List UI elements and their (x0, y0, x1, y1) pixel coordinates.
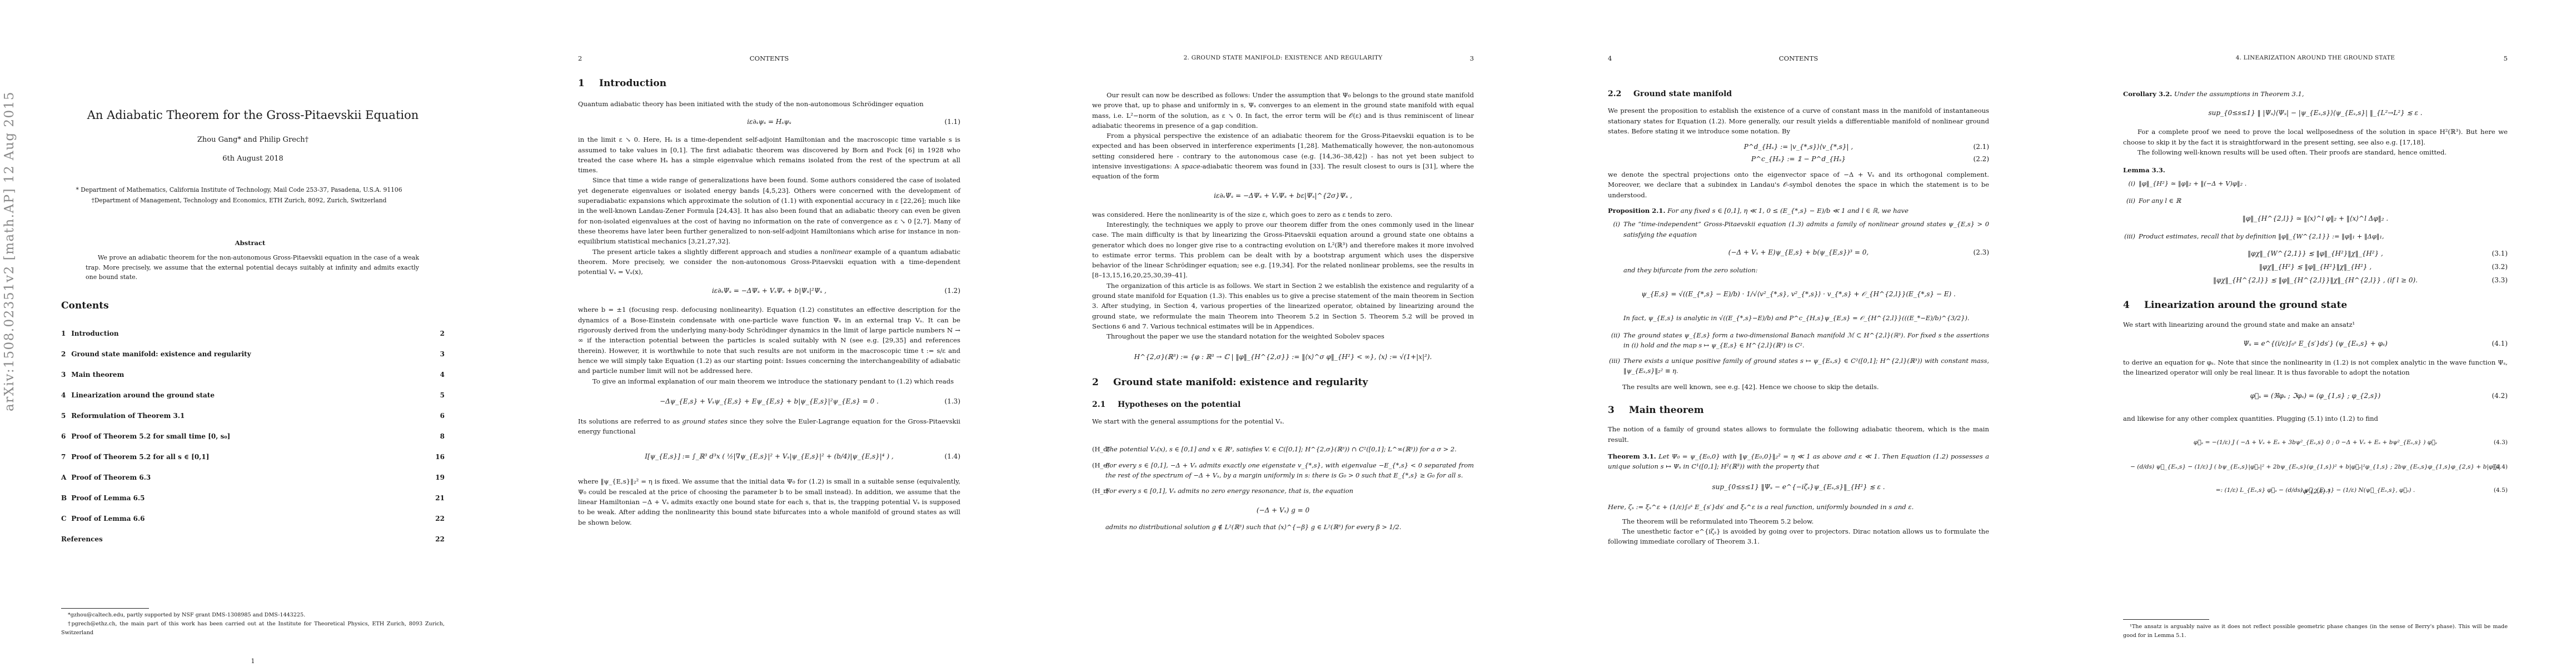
toc-page: 21 (435, 494, 445, 515)
analyticity-text: In fact, ψ_{E,s} is analytic in √((E_{*,… (1608, 313, 1989, 323)
corollary-text: Under the assumptions in Theorem 3.1, (2174, 90, 2304, 98)
page-body: 1Introduction Quantum adiabatic theory h… (578, 78, 960, 527)
equation-expr: (−Δ + Vₛ) g = 0 (1257, 506, 1309, 514)
hypothesis-hr: (H_r)For every s ∈ [0,1], Vₛ admits no z… (1092, 486, 1474, 496)
equation-expr: iε∂ₛΨₛ = −ΔΨₛ + VₛΨₛ + b|Ψₛ|²Ψₛ , (712, 287, 826, 295)
subsection-heading: 2.1Hypotheses on the potential (1092, 400, 1474, 410)
toc-page: 16 (435, 453, 445, 474)
header-page-number: 5 (2504, 54, 2508, 62)
hypothesis-he: (H_e)For every s ∈ [0,1], −Δ + Vₛ admits… (1092, 460, 1474, 481)
equation-label: (4.2) (2492, 385, 2508, 407)
contents-heading: Contents (61, 300, 109, 311)
equation-sobolev: H^{2,σ}(ℝ³) := {φ : ℝ³ → ℂ | ‖φ‖_{H^{2,σ… (1092, 347, 1474, 366)
proposition-text: For any fixed s ∈ [0,1], η ≪ 1, 0 ≤ (E_{… (1667, 207, 1909, 215)
item-tag: (ii) (2123, 196, 2139, 206)
equation-expr: ‖φ‖_{H^{2,l}} ≃ ‖⟨x⟩^l φ‖₂ + ‖⟨x⟩^l Δφ‖₂… (2243, 215, 2389, 222)
toc-num: B (61, 494, 69, 502)
toc-num: 5 (61, 412, 69, 420)
paragraph: and likewise for any other complex quant… (2123, 414, 2508, 424)
equation-expr: sup_{0≤s≤1} ‖ |Ψₛ⟩⟨Ψₛ| − |ψ_{Eₛ,s}⟩⟨ψ_{E… (2208, 109, 2422, 117)
page-5: 4. LINEARIZATION AROUND THE GROUND STATE… (2123, 0, 2508, 667)
section-title: Linearization around the ground state (2144, 300, 2347, 311)
toc-entry[interactable]: 7 Proof of Theorem 5.2 for all s ∈ [0,1]… (61, 453, 445, 474)
proposition-label: Proposition 2.1. (1608, 207, 1666, 215)
toc-label: Proof of Lemma 6.6 (71, 515, 145, 522)
paragraph: was considered. Here the nonlinearity is… (1092, 210, 1474, 220)
item-text: The ground states ψ_{E,s} form a two-dim… (1623, 330, 1989, 351)
toc-num: 7 (61, 453, 69, 461)
abstract-text: We prove an adiabatic theorem for the no… (86, 253, 419, 282)
toc-num: C (61, 515, 69, 522)
toc-page: 6 (440, 412, 445, 432)
proposition-item-iii: (iii)There exists a unique positive fami… (1608, 356, 1989, 376)
equation-3-1: ‖φχ‖_{W^{2,1}} ≲ ‖φ‖_{H²}‖χ‖_{H²} ,(3.1) (2123, 247, 2508, 260)
page-1: An Adiabatic Theorem for the Gross-Pitae… (61, 0, 445, 667)
equation-label: (1.1) (945, 112, 960, 131)
equation-2-1: P^d_{Hₛ} := |v_{*,s}⟩⟨v_{*,s}| ,(2.1) (1608, 141, 1989, 153)
product-estimates: ‖φχ‖_{W^{2,1}} ≲ ‖φ‖_{H²}‖χ‖_{H²} ,(3.1)… (2123, 247, 2508, 287)
hypotheses-list: (H_d)The potential Vₛ(x), s ∈ [0,1] and … (1092, 444, 1474, 531)
paragraph: We start with the general assumptions fo… (1092, 416, 1474, 426)
paragraph: Its solutions are referred to as ground … (578, 416, 960, 437)
equation-4-1: Ψₛ = e^{(i/ε)∫₀ˢ E_{s′}ds′} (ψ_{Eₛ,s} + … (2123, 334, 2508, 353)
page-body: 2.2Ground state manifold We present the … (1608, 89, 1989, 547)
affiliation-2: †Department of Management, Technology an… (17, 196, 461, 206)
equation-4-2: φ⃗ₛ = (ℜφₛ ; ℑφₛ) = (φ_{1,s} ; φ_{2,s})(… (2123, 385, 2508, 407)
equation-main-estimate: sup_{0≤s≤1} ‖Ψₛ − e^{−iζₛ}ψ_{Eₛ,s}‖_{H²}… (1608, 477, 1989, 496)
paragraph: We start with linearizing around the gro… (2123, 320, 2508, 330)
equation-4-3: φ⃗̇ₛ = −(1/ε) J ( −Δ + Vₛ + Eₛ + 3bψ²_{E… (2123, 430, 2508, 455)
running-header: 4. LINEARIZATION AROUND THE GROUND STATE… (2123, 54, 2508, 62)
section-title: Introduction (599, 78, 666, 89)
toc-label: Reformulation of Theorem 3.1 (71, 412, 185, 420)
emphasis: ground states (682, 417, 728, 425)
text: Its solutions are referred to as (578, 417, 682, 425)
section-heading: 4Linearization around the ground state (2123, 300, 2508, 310)
equation-expr: iε∂ₛΨₛ = −ΔΨₛ + VₛΨₛ + bε|Ψₛ|^{2σ}Ψₛ , (1214, 192, 1352, 200)
lemma-item-iii: (iii)Product estimates, recall that by d… (2123, 231, 2508, 241)
equation-4-5: =: (1/ε) L_{Eₛ,s} φ⃗ₛ − (d/ds) ψ⃗_{Eₛ,s}… (2123, 479, 2508, 501)
toc-label: Introduction (71, 330, 118, 337)
page-body: Corollary 3.2. Under the assumptions in … (2123, 89, 2508, 501)
paragraph: we denote the spectral projections onto … (1608, 170, 1989, 200)
equation-2-3: (−Δ + Vₛ + E)ψ_{E,s} + b(ψ_{E,s})³ = 0,(… (1608, 243, 1989, 262)
hypothesis-hd: (H_d)The potential Vₛ(x), s ∈ [0,1] and … (1092, 444, 1474, 454)
toc-label: Ground state manifold: existence and reg… (71, 350, 251, 358)
equation-bifurcation: ψ_{E,s} = √((E_{*,s} − E)/b) · 1/√⟨v²_{*… (1608, 282, 1989, 306)
equation-block-4-3-to-4-5: φ⃗̇ₛ = −(1/ε) J ( −Δ + Vₛ + Eₛ + 3bψ²_{E… (2123, 430, 2508, 501)
equation-label: (4.3) (2494, 430, 2508, 455)
toc-page: 22 (435, 535, 445, 556)
theorem-3-1: Theorem 3.1. Let Ψ₀ = ψ_{E₀,0} with ‖ψ_{… (1608, 451, 1989, 472)
toc-page: 8 (440, 432, 445, 453)
footnote-1: ¹The ansatz is arguably naive as it does… (2123, 623, 2508, 640)
section-number: 2 (1092, 377, 1113, 387)
hypothesis-text: For every s ∈ [0,1], Vₛ admits no zero e… (1105, 486, 1474, 496)
paragraph: Our result can now be described as follo… (1092, 90, 1474, 131)
footnote-2: †pgrech@ethz.ch, the main part of this w… (61, 620, 445, 638)
section-body: Quantum adiabatic theory has been initia… (578, 99, 960, 527)
subsection-heading: 2.2Ground state manifold (1608, 89, 1989, 99)
toc-entry[interactable]: 3 Main theorem4 (61, 371, 445, 391)
equation-expr: sup_{0≤s≤1} ‖Ψₛ − e^{−iζₛ}ψ_{Eₛ,s}‖_{H²}… (1712, 483, 1885, 491)
corollary-label: Corollary 3.2. (2123, 90, 2172, 98)
lemma-3-3-label: Lemma 3.3. (2123, 165, 2508, 175)
paper-date: 6th August 2018 (39, 155, 467, 163)
header-page-number: 3 (1470, 54, 1474, 62)
paragraph: The present article takes a slightly dif… (578, 247, 960, 277)
toc-page: 5 (440, 391, 445, 412)
toc-entry[interactable]: 2 Ground state manifold: existence and r… (61, 350, 445, 371)
toc-label: Proof of Theorem 6.3 (71, 474, 151, 481)
paragraph: where ‖ψ_{E,s}‖₂² = η is fixed. We assum… (578, 476, 960, 527)
item-tag: (i) (2123, 178, 2139, 188)
section-heading: 1Introduction (578, 78, 960, 89)
hypothesis-tag: (H_e) (1092, 460, 1105, 481)
section-number: 3 (1608, 405, 1629, 415)
page-body: Our result can now be described as follo… (1092, 90, 1474, 532)
equation-label: (2.2) (1974, 153, 1989, 165)
paragraph: The notion of a family of ground states … (1608, 424, 1989, 445)
paragraph: To give an informal explanation of our m… (578, 376, 960, 386)
paragraph: The unesthetic factor e^{iζₛ} is avoided… (1608, 526, 1989, 547)
equation-label: (4.5) (2494, 479, 2508, 501)
section-heading: 3Main theorem (1608, 405, 1989, 415)
subsection-number: 2.1 (1092, 400, 1118, 410)
paragraph: where b = ±1 (focusing resp. defocusing … (578, 305, 960, 376)
equation-expr: ‖φχ‖_{H²} ≲ ‖φ‖_{H²}‖χ‖_{H²} , (2259, 263, 2371, 271)
item-text: In fact, ψ_{E,s} is analytic in √((E_{*,… (1623, 313, 1989, 323)
equation-label: (3.1) (2492, 247, 2508, 260)
equation-label: (1.2) (945, 281, 960, 300)
equation-expr: iε∂ₛψₛ = Hₛψₛ (747, 118, 791, 126)
paragraph: The results are well known, see e.g. [42… (1608, 382, 1989, 392)
hypothesis-text: admits no distributional solution g ∉ L²… (1105, 522, 1474, 532)
theorem-remark: Here, ζₛ := ξₛ^ε + (1/ε)∫₀ˢ E_{s′}ds′ an… (1608, 502, 1989, 512)
equation-expr: =: (1/ε) L_{Eₛ,s} φ⃗ₛ − (d/ds) ψ⃗_{Eₛ,s}… (2216, 487, 2415, 494)
equation-lemma-ii: ‖φ‖_{H^{2,l}} ≃ ‖⟨x⟩^l φ‖₂ + ‖⟨x⟩^l Δφ‖₂… (2123, 209, 2508, 228)
equation-expr: Ψₛ = e^{(i/ε)∫₀ˢ E_{s′}ds′} (ψ_{Eₛ,s} + … (2243, 340, 2388, 347)
item-tag: (iii) (1608, 356, 1623, 376)
equation-unnumbered: iε∂ₛΨₛ = −ΔΨₛ + VₛΨₛ + bε|Ψₛ|^{2σ}Ψₛ , (1092, 186, 1474, 205)
paragraph: Since that time a wide range of generali… (578, 175, 960, 246)
emphasis: space (1182, 162, 1200, 170)
page-2: 2 CONTENTS 1Introduction Quantum adiabat… (578, 0, 960, 667)
toc-entry[interactable]: 6 Proof of Theorem 5.2 for small time [0… (61, 432, 445, 453)
paragraph: in the limit ε ↘ 0. Here, Hₛ is a time-d… (578, 135, 960, 175)
toc-num: 1 (61, 330, 69, 337)
hypothesis-hr-tail: admits no distributional solution g ∉ L²… (1092, 522, 1474, 532)
theorem-text: Let Ψ₀ = ψ_{E₀,0} with ‖ψ_{E₀,0}‖₂² = η … (1608, 452, 1989, 470)
equation-1-3: −Δψ_{E,s} + Vₛψ_{E,s} + Eψ_{E,s} + b|ψ_{… (578, 392, 960, 411)
equation-3-2: ‖φχ‖_{H²} ≲ ‖φ‖_{H²}‖χ‖_{H²} ,(3.2) (2123, 260, 2508, 273)
theorem-label: Theorem 3.1. (1608, 452, 1656, 460)
equation-label: (3.3) (2492, 273, 2508, 287)
equation-expr: I[ψ_{E,s}] := ∫_ℝ³ d³x ( ½|∇ψ_{E,s}|² + … (645, 452, 894, 460)
equation-label: (3.2) (2492, 260, 2508, 273)
lemma-item-i: (i)‖φ‖_{H²} ≃ ‖φ‖₂ + ‖(−Δ + V)φ‖₂ . (2123, 178, 2508, 188)
equation-expr: ψ_{E,s} = √((E_{*,s} − E)/b) · 1/√⟨v²_{*… (1641, 290, 1956, 298)
section-number: 1 (578, 78, 599, 89)
equation-3-3: ‖φχ‖_{H^{2,l}} ≲ ‖φ‖_{H^{2,l}}‖χ‖_{H^{2,… (2123, 273, 2508, 287)
toc-entry[interactable]: B Proof of Lemma 6.521 (61, 494, 445, 515)
proposition-item-i: (i)The “time-independent” Gross-Pitaevsk… (1608, 219, 1989, 240)
item-text: Product estimates, recall that by defini… (2139, 231, 2508, 241)
equation-4-4: − (d/ds) ψ⃗_{Eₛ,s} − (1/ε) J ( bψ_{Eₛ,s}… (2123, 455, 2508, 479)
proposition-2-1: Proposition 2.1. For any fixed s ∈ [0,1]… (1608, 206, 1989, 216)
header-title: 4. LINEARIZATION AROUND THE GROUND STATE (2123, 54, 2508, 61)
toc-page: 4 (440, 371, 445, 391)
footnote-rule (2123, 619, 2209, 620)
proposition-item-ii: (ii)The ground states ψ_{E,s} form a two… (1608, 330, 1989, 351)
equation-expr: H^{2,σ}(ℝ³) := {φ : ℝ³ → ℂ | ‖φ‖_{H^{2,σ… (1134, 353, 1432, 361)
abstract-heading: Abstract (61, 239, 439, 247)
bifurcation-text: and they bifurcate from the zero solutio… (1608, 265, 1989, 275)
toc-num: A (61, 474, 69, 481)
toc-num: 2 (61, 350, 69, 358)
toc-entry[interactable]: C Proof of Lemma 6.622 (61, 515, 445, 535)
toc-label: Proof of Lemma 6.5 (71, 494, 145, 502)
paragraph: The following well-known results will be… (2123, 147, 2508, 157)
toc-label: Proof of Theorem 5.2 for all s ∈ [0,1] (71, 453, 209, 461)
item-tag: (ii) (1608, 330, 1623, 351)
equation-expr: P^d_{Hₛ} := |v_{*,s}⟩⟨v_{*,s}| , (1744, 143, 1853, 151)
hypothesis-text: For every s ∈ [0,1], −Δ + Vₛ admits exac… (1105, 460, 1474, 481)
running-header: 2 CONTENTS (578, 54, 960, 62)
paragraph: The theorem will be reformulated into Th… (1608, 516, 1989, 526)
subsection-title: Hypotheses on the potential (1118, 400, 1240, 409)
toc-entry[interactable]: 4 Linearization around the ground state5 (61, 391, 445, 412)
running-header: 4 CONTENTS (1608, 54, 1989, 62)
equation-expr: φ⃗ₛ = (ℜφₛ ; ℑφₛ) = (φ_{1,s} ; φ_{2,s}) (2250, 392, 2381, 400)
paragraph: From a physical perspective the existenc… (1092, 131, 1474, 181)
toc-page: 2 (440, 330, 445, 350)
hypothesis-tag: (H_d) (1092, 444, 1105, 454)
item-text: ‖φ‖_{H²} ≃ ‖φ‖₂ + ‖(−Δ + V)φ‖₂ . (2139, 178, 2508, 188)
footnote-rule (61, 608, 149, 609)
affiliations: * Department of Mathematics, California … (17, 185, 461, 206)
text: The present article takes a slightly dif… (592, 248, 820, 256)
equation-label: (1.4) (945, 444, 960, 469)
toc-label: Linearization around the ground state (71, 391, 215, 399)
item-text: There exists a unique positive family of… (1623, 356, 1989, 376)
equation-expr: ‖φχ‖_{H^{2,l}} ≲ ‖φ‖_{H^{2,l}}‖χ‖_{H^{2,… (2213, 276, 2418, 284)
equation-expr: P^c_{Hₛ} := 𝟙 − P^d_{Hₛ} (1751, 155, 1846, 163)
toc-label: References (61, 535, 103, 543)
toc-entry[interactable]: 5 Reformulation of Theorem 3.16 (61, 412, 445, 432)
equation-hr: (−Δ + Vₛ) g = 0 (1092, 501, 1474, 520)
toc-entry[interactable]: A Proof of Theorem 6.319 (61, 474, 445, 494)
toc-page: 22 (435, 515, 445, 535)
paragraph: Quantum adiabatic theory has been initia… (578, 99, 960, 109)
hypothesis-text: The potential Vₛ(x), s ∈ [0,1] and x ∈ ℝ… (1105, 444, 1474, 454)
table-of-contents: 1 Introduction2 2 Ground state manifold:… (61, 330, 445, 556)
toc-num: 6 (61, 432, 69, 440)
toc-label: Main theorem (71, 371, 124, 379)
equation-label: (2.1) (1974, 141, 1989, 153)
item-text: For any l ∈ ℝ (2139, 196, 2508, 206)
paragraph: The organization of this article is as f… (1092, 281, 1474, 331)
equation-expr: φ⃗̇ₛ = −(1/ε) J ( −Δ + Vₛ + Eₛ + 3bψ²_{E… (2194, 439, 2437, 446)
item-tag: (i) (1608, 219, 1623, 240)
toc-entry[interactable]: 1 Introduction2 (61, 330, 445, 350)
equation-1-2: iε∂ₛΨₛ = −ΔΨₛ + VₛΨₛ + b|Ψₛ|²Ψₛ ,(1.2) (578, 281, 960, 300)
paragraph: to derive an equation for φₛ. Note that … (2123, 357, 2508, 378)
section-heading: 2Ground state manifold: existence and re… (1092, 377, 1474, 387)
equation-expr: −Δψ_{E,s} + Vₛψ_{E,s} + Eψ_{E,s} + b|ψ_{… (660, 397, 879, 405)
hypothesis-tag: (H_r) (1092, 486, 1105, 496)
corollary-3-2: Corollary 3.2. Under the assumptions in … (2123, 89, 2508, 99)
header-title: 2. GROUND STATE MANIFOLD: EXISTENCE AND … (1092, 54, 1474, 61)
equation-label: (2.3) (1974, 243, 1989, 262)
equation-label: (1.3) (945, 392, 960, 411)
item-text: The “time-independent” Gross-Pitaevskii … (1623, 219, 1989, 240)
equation-corollary: sup_{0≤s≤1} ‖ |Ψₛ⟩⟨Ψₛ| − |ψ_{Eₛ,s}⟩⟨ψ_{E… (2123, 103, 2508, 122)
paragraph: For a complete proof we need to prove th… (2123, 127, 2508, 147)
page-4: 4 CONTENTS 2.2Ground state manifold We p… (1608, 0, 1989, 667)
footnotes: *gzhou@caltech.edu, partly supported by … (61, 611, 445, 638)
footnote-1: *gzhou@caltech.edu, partly supported by … (61, 611, 445, 620)
lemma-item-ii: (ii)For any l ∈ ℝ (2123, 196, 2508, 206)
header-title: CONTENTS (1608, 54, 1989, 62)
equation-expr: (−Δ + Vₛ + E)ψ_{E,s} + b(ψ_{E,s})³ = 0, (1728, 248, 1869, 256)
equation-1-4: I[ψ_{E,s}] := ∫_ℝ³ d³x ( ½|∇ψ_{E,s}|² + … (578, 444, 960, 469)
toc-entry[interactable]: References22 (61, 535, 445, 556)
paper-authors: Zhou Gang* and Philip Grech† (39, 136, 467, 144)
equation-expr: ‖φχ‖_{W^{2,1}} ≲ ‖φ‖_{H²}‖χ‖_{H²} , (2248, 250, 2383, 257)
equation-2-2: P^c_{Hₛ} := 𝟙 − P^d_{Hₛ}(2.2) (1608, 153, 1989, 165)
section-title: Ground state manifold: existence and reg… (1113, 377, 1368, 388)
toc-num: 3 (61, 371, 69, 379)
equation-label: (4.1) (2492, 334, 2508, 353)
paragraph: We present the proposition to establish … (1608, 106, 1989, 136)
subsection-title: Ground state manifold (1633, 89, 1732, 98)
page-number: 1 (61, 658, 445, 665)
affiliation-1: * Department of Mathematics, California … (17, 185, 461, 196)
page-3: 2. GROUND STATE MANIFOLD: EXISTENCE AND … (1092, 0, 1474, 667)
section-title: Main theorem (1629, 405, 1704, 416)
emphasis: nonlinear (820, 248, 851, 256)
toc-page: 19 (435, 474, 445, 494)
section-number: 4 (2123, 300, 2144, 310)
toc-label: Proof of Theorem 5.2 for small time [0, … (71, 432, 230, 440)
toc-num: 4 (61, 391, 69, 399)
toc-page: 3 (440, 350, 445, 371)
running-header: 2. GROUND STATE MANIFOLD: EXISTENCE AND … (1092, 54, 1474, 62)
equation-1-1: iε∂ₛψₛ = Hₛψₛ(1.1) (578, 112, 960, 131)
equation-label: (4.4) (2494, 455, 2508, 479)
item-text: and they bifurcate from the zero solutio… (1623, 265, 1989, 275)
paragraph: Throughout the paper we use the standard… (1092, 331, 1474, 341)
subsection-number: 2.2 (1608, 89, 1633, 99)
arxiv-identifier-stamp: arXiv:1508.02351v2 [math.AP] 12 Aug 2015 (2, 91, 17, 411)
paragraph: Interestingly, the techniques we apply t… (1092, 220, 1474, 281)
item-tag: (iii) (2123, 231, 2139, 241)
paper-title: An Adiabatic Theorem for the Gross-Pitae… (39, 108, 467, 122)
header-title: CONTENTS (578, 54, 960, 62)
